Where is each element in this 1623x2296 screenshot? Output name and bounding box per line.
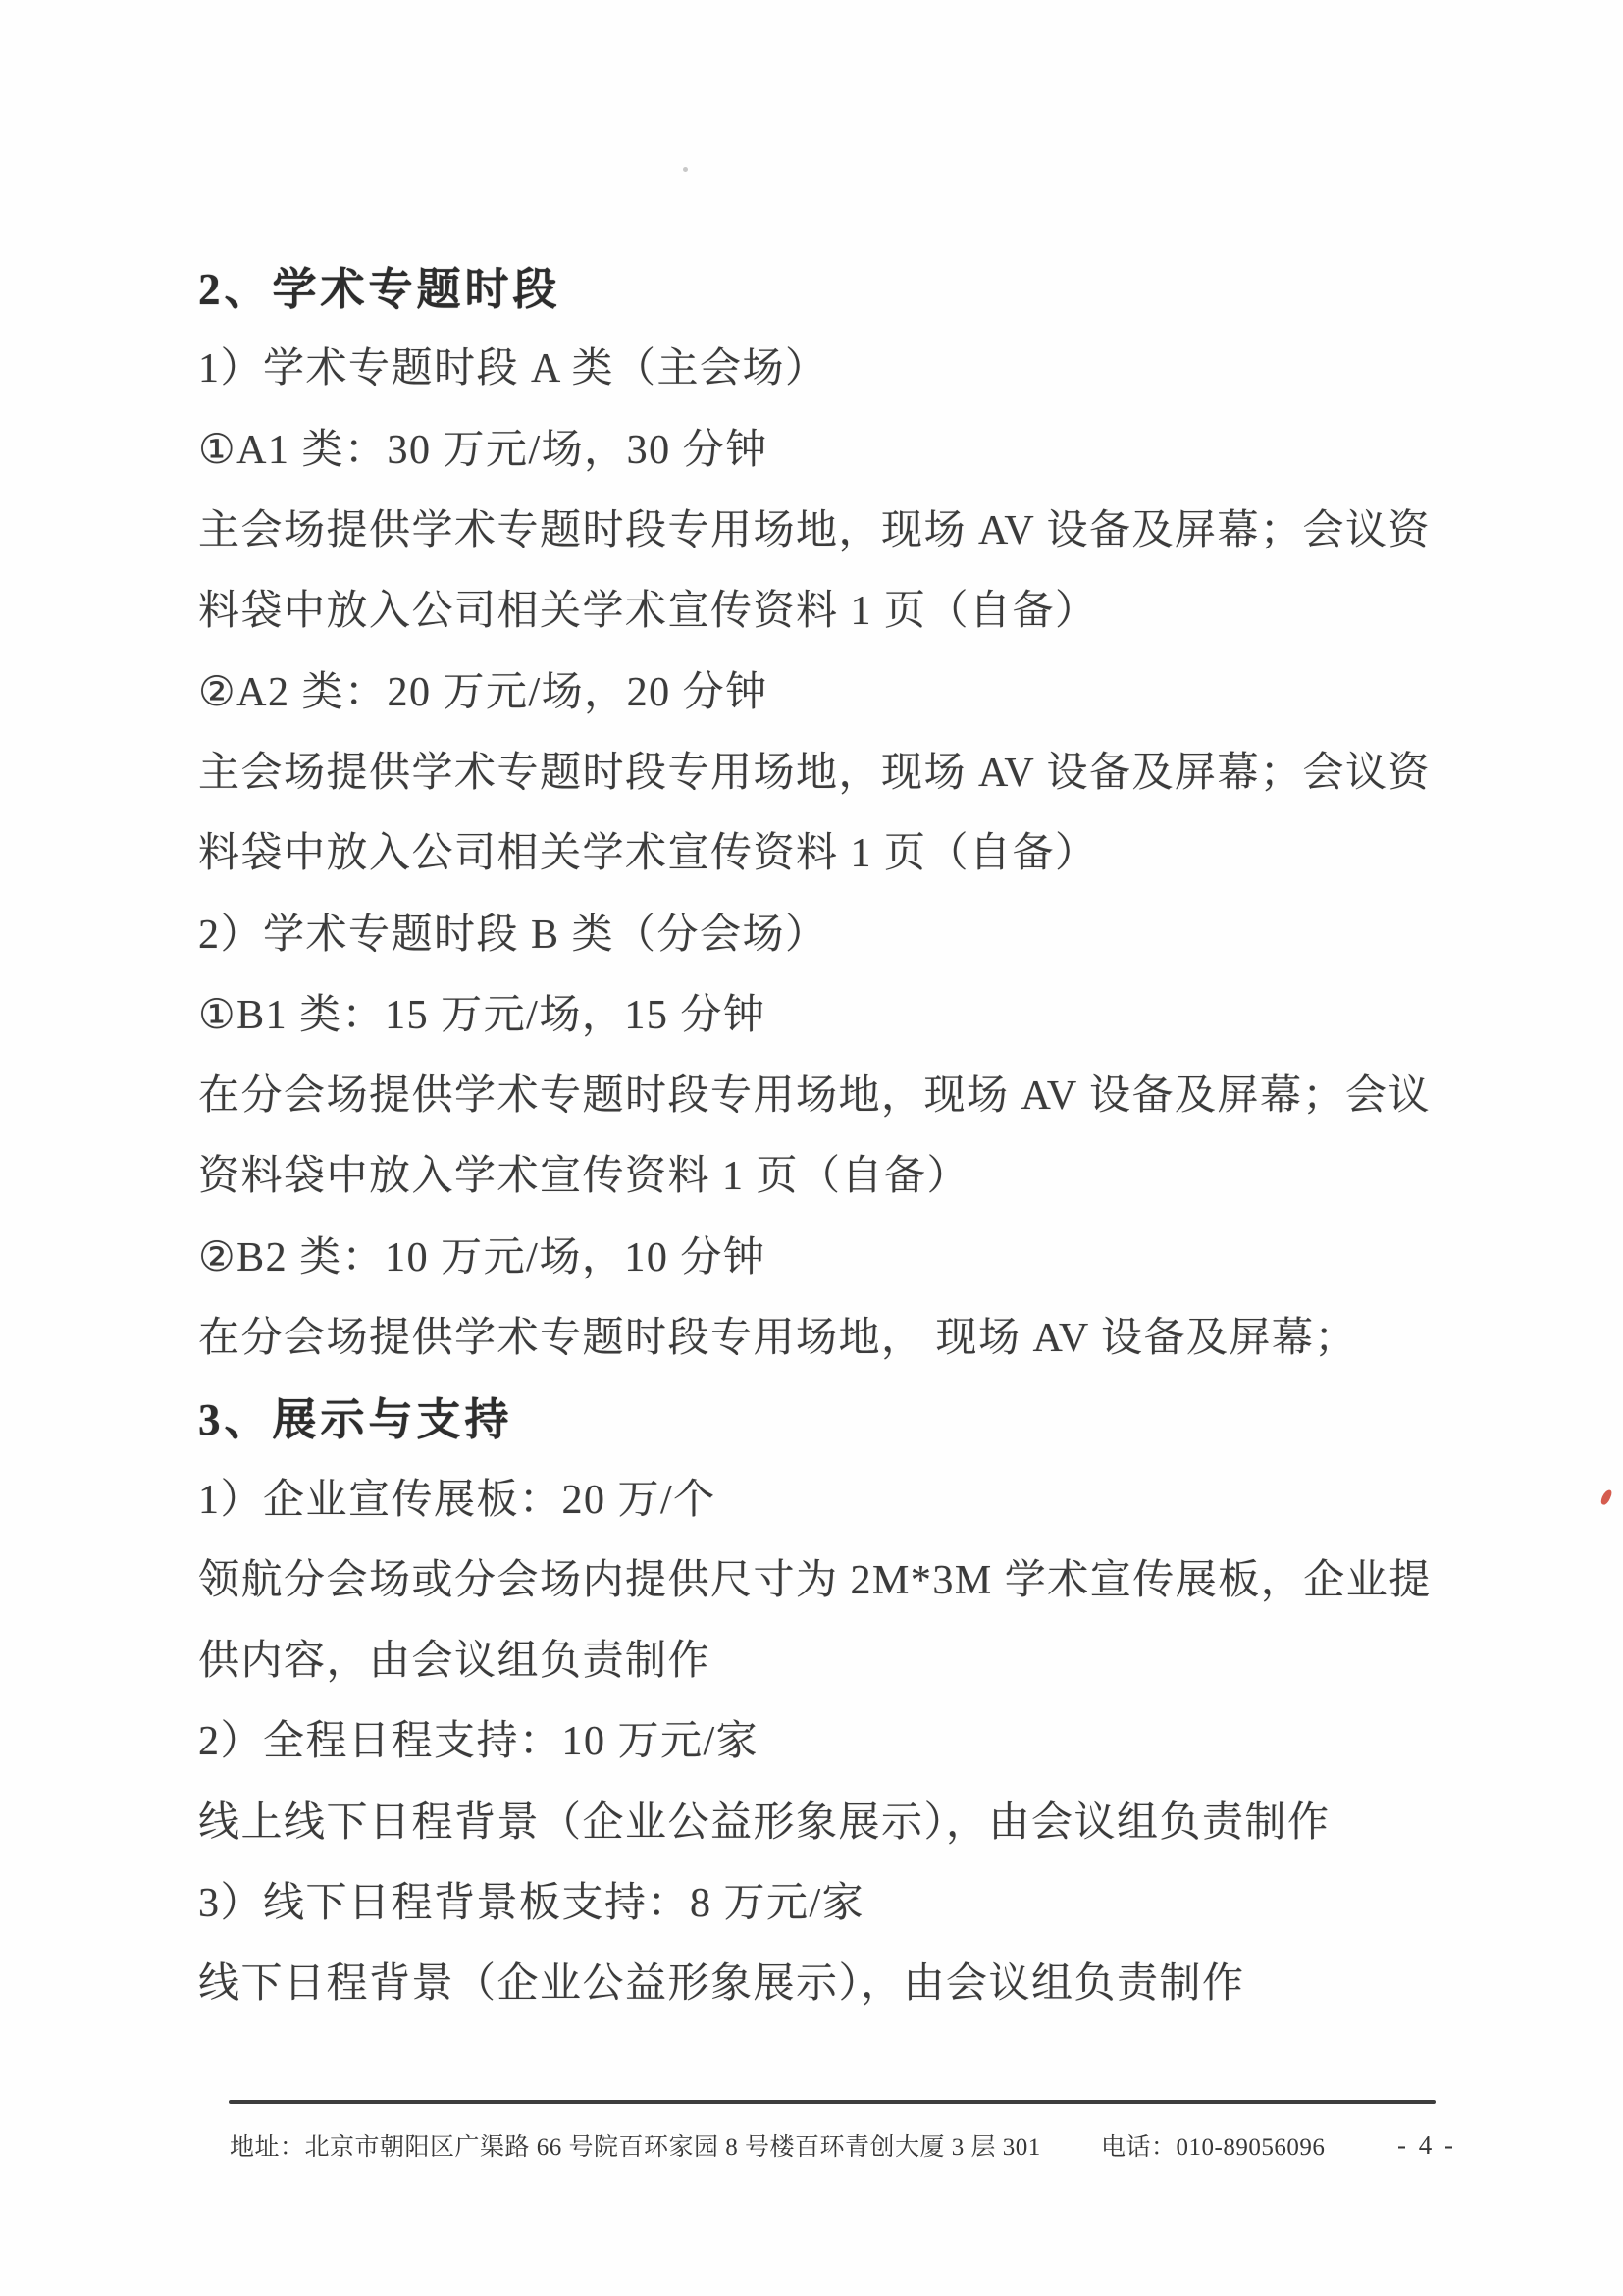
doc-line: 供内容，由会议组负责制作: [198, 1617, 1464, 1697]
doc-line: ②A2 类：20 万元/场，20 分钟: [198, 648, 1464, 728]
doc-line: ①A1 类：30 万元/场，30 分钟: [198, 406, 1464, 487]
section-heading: 3、展示与支持: [198, 1375, 1464, 1455]
doc-line: 领航分会场或分会场内提供尺寸为 2M*3M 学术宣传展板，企业提: [198, 1537, 1464, 1617]
footer-rule: [229, 2100, 1436, 2104]
doc-line: 主会场提供学术专题时段专用场地，现场 AV 设备及屏幕；会议资: [198, 729, 1464, 809]
doc-line: 在分会场提供学术专题时段专用场地，现场 AV 设备及屏幕；会议: [198, 1052, 1464, 1132]
footer-phone: 电话：010-89056096: [1101, 2129, 1325, 2166]
doc-line: 线上线下日程背景（企业公益形象展示），由会议组负责制作: [198, 1779, 1464, 1859]
doc-line: ①B1 类：15 万元/场，15 分钟: [198, 971, 1464, 1052]
footer-address: 地址：北京市朝阳区广渠路 66 号院百环家园 8 号楼百环青创大厦 3 层 30…: [230, 2129, 1041, 2166]
doc-line: 2）全程日程支持：10 万元/家: [198, 1697, 1464, 1778]
doc-line: ②B2 类：10 万元/场，10 分钟: [198, 1214, 1464, 1294]
doc-line: 料袋中放入公司相关学术宣传资料 1 页（自备）: [198, 567, 1464, 648]
doc-line: 主会场提供学术专题时段专用场地，现场 AV 设备及屏幕；会议资: [198, 487, 1464, 567]
section-heading: 2、学术专题时段: [198, 244, 1464, 325]
doc-line: 1）学术专题时段 A 类（主会场）: [198, 325, 1464, 405]
doc-line: 1）企业宣传展板：20 万/个: [198, 1455, 1464, 1536]
scan-speck: [683, 167, 688, 172]
red-ink-mark: [1599, 1489, 1613, 1506]
doc-line: 3）线下日程背景板支持：8 万元/家: [198, 1859, 1464, 1940]
page-number: - 4 -: [1397, 2126, 1456, 2164]
doc-line: 线下日程背景（企业公益形象展示），由会议组负责制作: [198, 1940, 1464, 2020]
doc-line: 2）学术专题时段 B 类（分会场）: [198, 890, 1464, 970]
document-body: 2、学术专题时段 1）学术专题时段 A 类（主会场） ①A1 类：30 万元/场…: [198, 244, 1464, 2021]
document-page: 2、学术专题时段 1）学术专题时段 A 类（主会场） ①A1 类：30 万元/场…: [0, 0, 1623, 2296]
doc-line: 在分会场提供学术专题时段专用场地， 现场 AV 设备及屏幕；: [198, 1294, 1464, 1375]
doc-line: 料袋中放入公司相关学术宣传资料 1 页（自备）: [198, 809, 1464, 890]
doc-line: 资料袋中放入学术宣传资料 1 页（自备）: [198, 1132, 1464, 1213]
